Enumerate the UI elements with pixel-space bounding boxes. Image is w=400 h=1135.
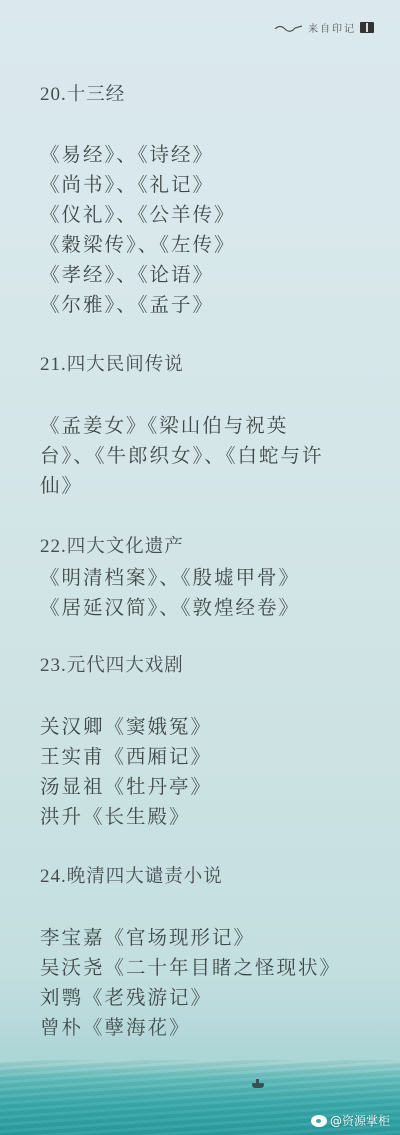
list-item: 《仪礼》、《公羊传》 <box>40 200 380 230</box>
list-item: 王实甫《西厢记》 <box>40 742 380 772</box>
brand-text: 来自印记 <box>308 20 356 35</box>
section-22-list: 《明清档案》、《殷墟甲骨》 《居延汉简》、《敦煌经卷》 <box>40 563 380 623</box>
section-number: 24. <box>40 866 67 887</box>
section-20: 20.十三经 <box>40 82 380 108</box>
section-heading: 22.四大文化遗产 <box>40 534 380 560</box>
section-21: 21.四大民间传说 <box>40 352 380 378</box>
list-item: 刘鹗《老残游记》 <box>40 983 380 1013</box>
list-item: 《明清档案》、《殷墟甲骨》 <box>40 563 380 593</box>
section-number: 21. <box>40 354 67 375</box>
list-item: 《孝经》、《论语》 <box>40 260 380 290</box>
list-item: 仙》 <box>40 471 380 501</box>
list-item: 《尚书》、《礼记》 <box>40 170 380 200</box>
list-item: 洪升《长生殿》 <box>40 802 380 832</box>
section-23: 23.元代四大戏剧 <box>40 653 380 679</box>
list-item: 台》、《牛郎织女》、《白蛇与许 <box>40 441 380 471</box>
section-heading: 21.四大民间传说 <box>40 352 380 378</box>
section-title: 四大民间传说 <box>67 354 184 375</box>
boat-icon <box>252 1083 264 1088</box>
section-number: 20. <box>40 84 67 105</box>
book-icon <box>360 22 374 33</box>
section-title: 元代四大戏剧 <box>67 655 184 676</box>
list-item: 《孟姜女》《梁山伯与祝英 <box>40 411 380 441</box>
section-title: 晚清四大谴责小说 <box>67 866 223 887</box>
section-21-list: 《孟姜女》《梁山伯与祝英 台》、《牛郎织女》、《白蛇与许 仙》 <box>40 411 380 501</box>
section-number: 22. <box>40 536 67 557</box>
watermark-text: @资源掌柜 <box>330 1112 390 1129</box>
list-item: 汤显祖《牡丹亭》 <box>40 772 380 802</box>
article-image: 来自印记 20.十三经 《易经》、《诗经》 《尚书》、《礼记》 《仪礼》、《公羊… <box>0 0 400 1135</box>
section-number: 23. <box>40 655 67 676</box>
section-23-list: 关汉卿《窦娥冤》 王实甫《西厢记》 汤显祖《牡丹亭》 洪升《长生殿》 <box>40 712 380 832</box>
list-item: 《尔雅》、《孟子》 <box>40 290 380 320</box>
list-item: 李宝嘉《官场现形记》 <box>40 923 380 953</box>
section-22: 22.四大文化遗产 <box>40 534 380 560</box>
section-title: 四大文化遗产 <box>67 536 184 557</box>
section-heading: 23.元代四大戏剧 <box>40 653 380 679</box>
list-item: 《穀梁传》、《左传》 <box>40 230 380 260</box>
list-item: 吴沃尧《二十年目睹之怪现状》 <box>40 953 380 983</box>
section-20-list: 《易经》、《诗经》 《尚书》、《礼记》 《仪礼》、《公羊传》 《穀梁传》、《左传… <box>40 140 380 320</box>
wave-icon <box>274 23 304 33</box>
section-24-list: 李宝嘉《官场现形记》 吴沃尧《二十年目睹之怪现状》 刘鹗《老残游记》 曾朴《孽海… <box>40 923 380 1043</box>
section-heading: 24.晚清四大谴责小说 <box>40 864 380 890</box>
brand-logo: 来自印记 <box>274 20 374 35</box>
list-item: 《易经》、《诗经》 <box>40 140 380 170</box>
section-title: 十三经 <box>67 84 126 105</box>
watermark: @资源掌柜 <box>311 1112 390 1129</box>
list-item: 关汉卿《窦娥冤》 <box>40 712 380 742</box>
weibo-icon <box>311 1115 327 1127</box>
section-heading: 20.十三经 <box>40 82 380 108</box>
list-item: 《居延汉简》、《敦煌经卷》 <box>40 593 380 623</box>
section-24: 24.晚清四大谴责小说 <box>40 864 380 890</box>
